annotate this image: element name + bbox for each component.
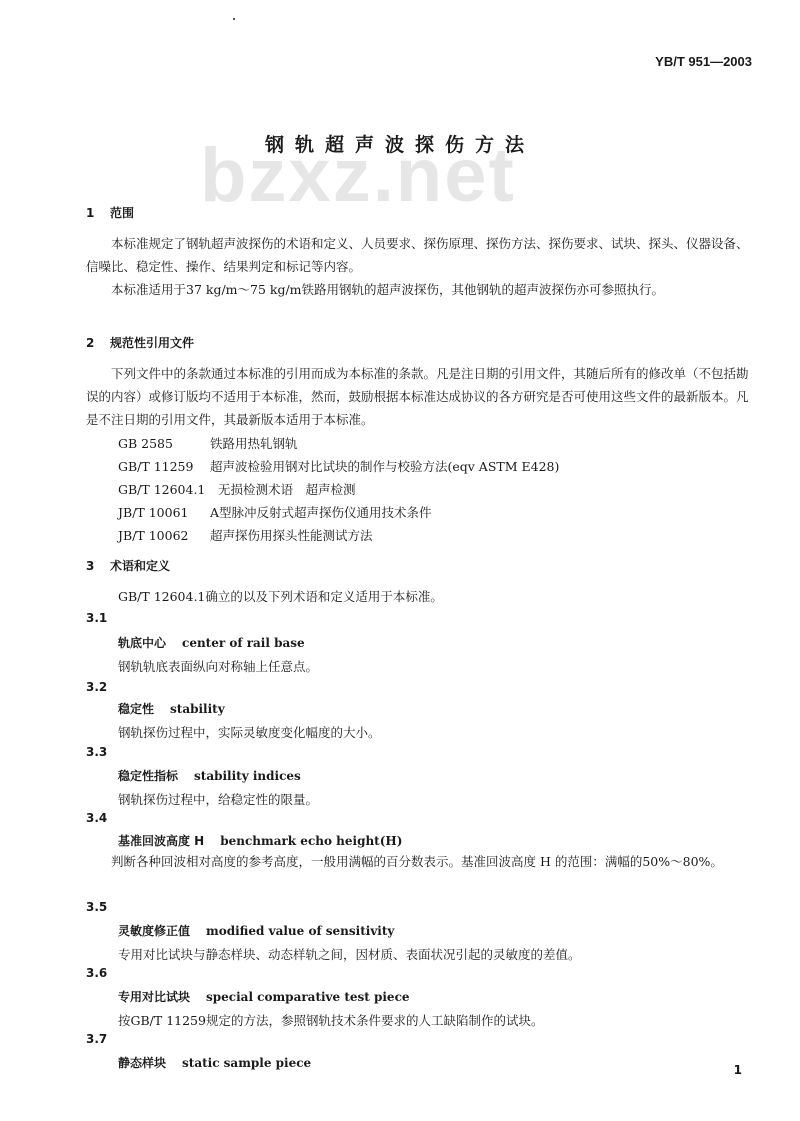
section-intro: GB/T 12604.1确立的以及下列术语和定义适用于本标准。 (118, 587, 443, 605)
reference-item: GB/T 12604.1 无损检测术语 超声检测 (118, 480, 356, 498)
paragraph: 下列文件中的条款通过本标准的引用而成为本标准的条款。凡是注日期的引用文件，其随后… (86, 362, 754, 431)
reference-item: JB/T 10062 超声探伤用探头性能测试方法 (118, 526, 373, 544)
reference-item: GB/T 11259 超声波检验用钢对比试块的制作与校验方法(eqv ASTM … (118, 457, 559, 475)
term-number: 3.1 (86, 611, 107, 625)
term-title: 专用对比试块special comparative test piece (118, 988, 410, 1005)
document-title: 钢轨超声波探伤方法 (0, 130, 800, 157)
section-heading-3: 3术语和定义 (86, 557, 170, 574)
scan-speck (233, 18, 235, 20)
reference-item: JB/T 10061 A型脉冲反射式超声探伤仪通用技术条件 (118, 503, 432, 521)
term-title: 基准回波高度 Hbenchmark echo height(H) (118, 832, 402, 849)
term-number: 3.5 (86, 900, 107, 914)
term-definition: 钢轨探伤过程中，实际灵敏度变化幅度的大小。 (118, 723, 381, 741)
term-definition: 钢轨探伤过程中，给稳定性的限量。 (118, 790, 318, 808)
paragraph: 本标准规定了钢轨超声波探伤的术语和定义、人员要求、探伤原理、探伤方法、探伤要求、… (86, 232, 754, 278)
term-definition: 钢轨轨底表面纵向对称轴上任意点。 (118, 657, 318, 675)
term-number: 3.6 (86, 966, 107, 980)
standard-code: YB/T 951—2003 (655, 54, 752, 69)
term-definition: 按GB/T 11259规定的方法，参照钢轨技术条件要求的人工缺陷制作的试块。 (118, 1011, 543, 1029)
term-title: 轨底中心center of rail base (118, 634, 305, 651)
page-number: 1 (734, 1063, 742, 1077)
term-number: 3.3 (86, 745, 107, 759)
term-definition: 判断各种回波相对高度的参考高度，一般用满幅的百分数表示。基准回波高度 H 的范围… (86, 850, 754, 873)
term-definition: 专用对比试块与静态样块、动态样轨之间，因材质、表面状况引起的灵敏度的差值。 (118, 945, 581, 963)
term-title: 稳定性stability (118, 700, 225, 717)
section-heading-2: 2规范性引用文件 (86, 334, 194, 351)
section-heading-1: 1范围 (86, 204, 134, 221)
term-title: 稳定性指标stability indices (118, 767, 301, 784)
term-title: 灵敏度修正值modified value of sensitivity (118, 922, 394, 939)
term-number: 3.4 (86, 811, 107, 825)
term-number: 3.2 (86, 680, 107, 694)
term-number: 3.7 (86, 1032, 107, 1046)
term-title: 静态样块static sample piece (118, 1054, 311, 1071)
reference-item: GB 2585 铁路用热轧钢轨 (118, 434, 298, 452)
paragraph: 本标准适用于37 kg/m～75 kg/m铁路用钢轨的超声波探伤，其他钢轨的超声… (86, 278, 754, 301)
